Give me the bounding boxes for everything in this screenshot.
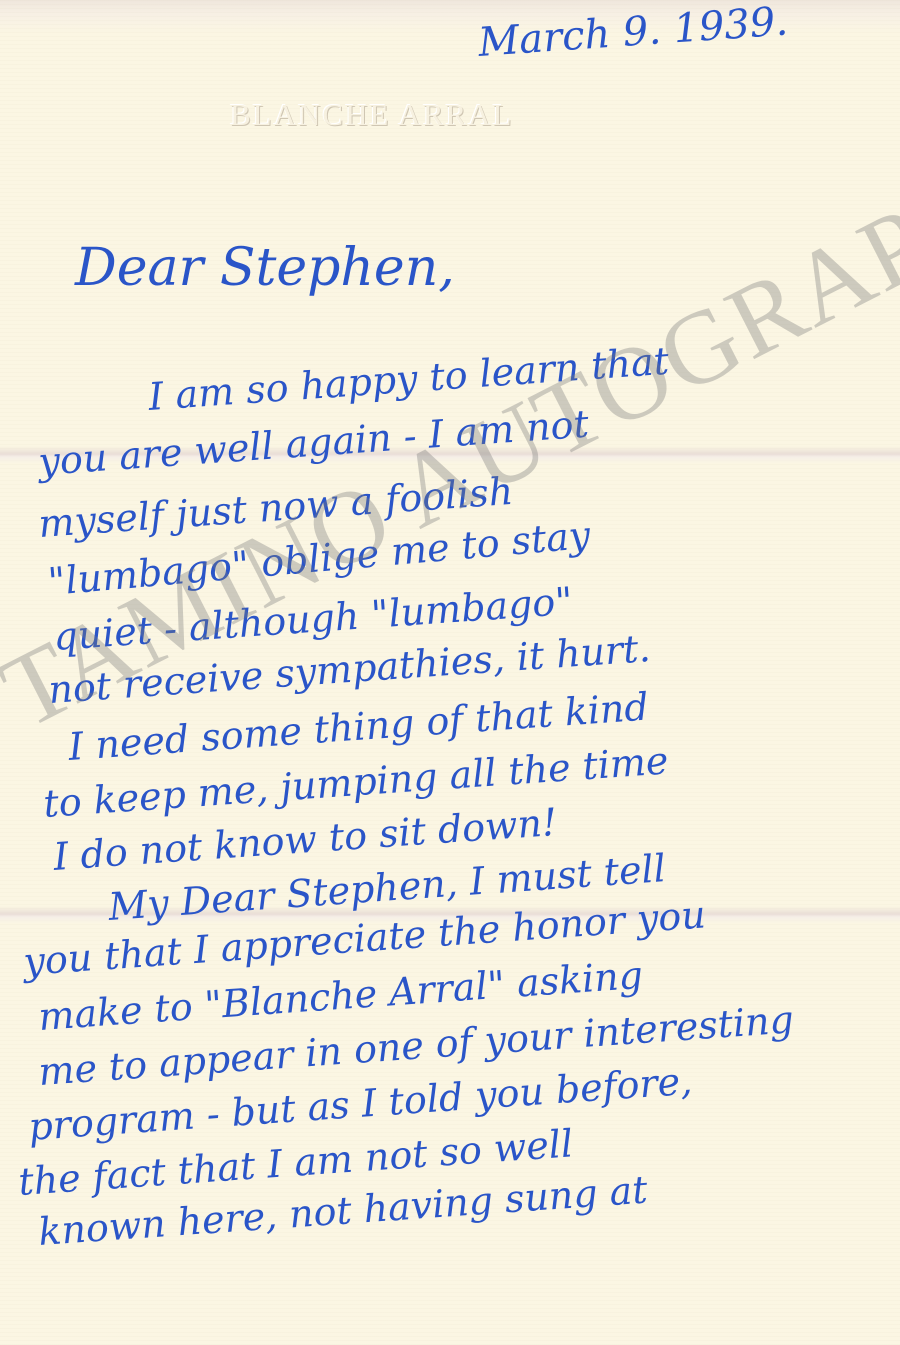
letter-page: BLANCHE ARRAL March 9. 1939. Dear Stephe… [0,0,900,1345]
salutation: Dear Stephen, [75,238,455,298]
body-line: I am so happy to learn that [147,339,670,419]
embossed-letterhead: BLANCHE ARRAL [230,97,514,133]
letter-date: March 9. 1939. [477,0,790,66]
